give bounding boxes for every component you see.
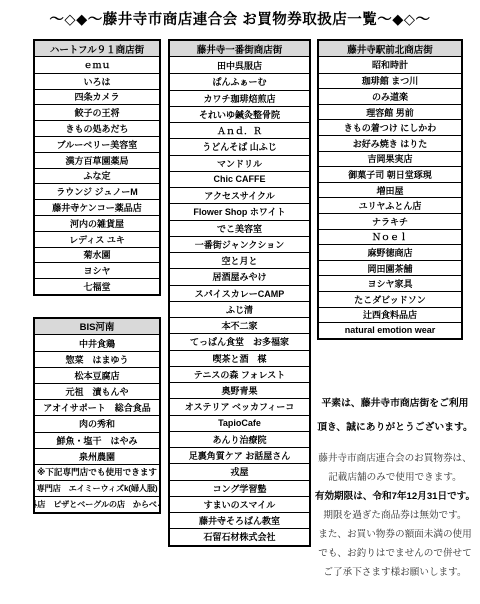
table-row: natural emotion wear: [319, 322, 461, 338]
table-row: お好み焼き はりた: [319, 135, 461, 151]
table-row: きもの着つけ にしかわ: [319, 119, 461, 135]
table-header-ichibangai: 藤井寺一番街商店街: [170, 41, 309, 57]
table-row: すまいのスマイル: [170, 496, 309, 512]
table-row: 餃子の王将: [35, 104, 159, 120]
table-row: いろは: [35, 73, 159, 89]
table-body-ichibangai: 田中呉服店ぱんふぁーむカワチ珈琲焙煎店それいゆ鍼灸整骨院Ａｎｄ．Ｒうどんそば 山…: [170, 57, 309, 545]
table-row: ラウンジ ジュノーM: [35, 183, 159, 199]
notice-text-block: 平素は、藤井寺市商店街をご利用頂き、誠にありがとうございます。 藤井寺市商店連合…: [310, 392, 480, 582]
table-row: あんり治療院: [170, 431, 309, 447]
table-row: 理容館 男前: [319, 104, 461, 120]
table-row: 漢方百草園薬局: [35, 152, 159, 168]
table-row: アクセスサイクル: [170, 187, 309, 203]
table-body-bis-kanan: 中井食鶏惣菜 はまゆう松本豆腐店元祖 漬もんやアオイサポート 総合食品肉の秀和鮮…: [35, 335, 159, 512]
table-row: ふな定: [35, 168, 159, 184]
notice-line: 有効期限は、令和7年12月31日です。: [310, 487, 480, 506]
notice-line: 藤井寺市商店連合会のお買物券は、: [310, 449, 480, 468]
table-row: 肉の秀和: [35, 415, 159, 431]
table-row: 喫茶と酒 楳: [170, 350, 309, 366]
table-row: Flower Shop ホワイト: [170, 203, 309, 219]
table-row: ふじ清: [170, 301, 309, 317]
table-row: 鮮魚・塩干 はやみ: [35, 432, 159, 448]
table-row: 元祖 漬もんや: [35, 383, 159, 399]
table-row: 藤井寺ケンコー薬品店: [35, 199, 159, 215]
table-bis-kanan: BIS河南 中井食鶏惣菜 はまゆう松本豆腐店元祖 漬もんやアオイサポート 総合食…: [33, 317, 161, 514]
table-row: うどんそば 山ふじ: [170, 138, 309, 154]
page-title: ～◇◆～藤井寺市商店連合会 お買物券取扱店一覧～◆◇～: [0, 8, 480, 29]
table-header-heartful91: ハートフル９１商店街: [35, 41, 159, 57]
table-row: ※下記専門店でも使用できます: [35, 464, 159, 480]
table-body-ekimae-kita: 昭和時計珈琲館 まつ川のみ道楽理容館 男前きもの着つけ にしかわお好み焼き はり…: [319, 57, 461, 338]
table-row: TapioCafe: [170, 415, 309, 431]
table-ichibangai: 藤井寺一番街商店街 田中呉服店ぱんふぁーむカワチ珈琲焙煎店それいゆ鍼灸整骨院Ａｎ…: [168, 39, 311, 547]
notice-line: 平素は、藤井寺市商店街をご利用: [310, 392, 480, 416]
table-row: 七福堂: [35, 278, 159, 294]
table-row: 河内の雑貨屋: [35, 215, 159, 231]
table-row: 専門店 エイミーウィズk(婦人服): [35, 480, 159, 496]
table-row: ナラキチ: [319, 213, 461, 229]
table-row: ユリヤふとん店: [319, 197, 461, 213]
table-row: Chic CAFFE: [170, 171, 309, 187]
table-row: コング学習塾: [170, 480, 309, 496]
table-row: それいゆ鍼灸整骨院: [170, 106, 309, 122]
table-row: 足裏角質ケア お話屋さん: [170, 447, 309, 463]
table-row: テニスの森 フォレスト: [170, 366, 309, 382]
table-row: きもの処あだち: [35, 120, 159, 136]
table-row: 藤井寺そろばん教室: [170, 512, 309, 528]
table-row: 御菓子司 朝日堂琢現: [319, 166, 461, 182]
table-row: 珈琲館 まつ川: [319, 73, 461, 89]
table-row: ｅｍｕ: [35, 57, 159, 73]
table-row: 惣菜 はまゆう: [35, 351, 159, 367]
table-header-bis-kanan: BIS河南: [35, 319, 159, 335]
table-row: 松本豆腐店: [35, 367, 159, 383]
table-row: 空と月と: [170, 252, 309, 268]
table-row: レディス ユキ: [35, 231, 159, 247]
notice-line: ご了承下さます様お願いします。: [310, 563, 480, 582]
table-row: スパイスカレーCAMP: [170, 285, 309, 301]
table-row: 菊水園: [35, 247, 159, 263]
table-row: 麻野徳商店: [319, 244, 461, 260]
table-row: 四条カメラ: [35, 89, 159, 105]
table-row: Ａｎｄ．Ｒ: [170, 122, 309, 138]
notice-line: 期限を過ぎた商品券は無効です。: [310, 506, 480, 525]
table-row: 戎屋: [170, 463, 309, 479]
table-row: マンドリル: [170, 155, 309, 171]
table-row: カワチ珈琲焙煎店: [170, 90, 309, 106]
table-row: オステリア ベッカフィーコ: [170, 398, 309, 414]
table-row: のみ道楽: [319, 88, 461, 104]
notice-greeting: 平素は、藤井寺市商店街をご利用頂き、誠にありがとうございます。: [310, 392, 480, 440]
table-row: ぱんふぁーむ: [170, 73, 309, 89]
table-heartful91: ハートフル９１商店街 ｅｍｕいろは四条カメラ餃子の王将きもの処あだちブルーベリー…: [33, 39, 161, 296]
notice-line: でも、お釣りはでませんので併せて: [310, 544, 480, 563]
table-row: 本不二家: [170, 317, 309, 333]
notice-line: また、お買い物券の額面未満の使用: [310, 525, 480, 544]
column-left: ハートフル９１商店街 ｅｍｕいろは四条カメラ餃子の王将きもの処あだちブルーベリー…: [33, 39, 161, 514]
table-ekimae-kita: 藤井寺駅前北商店街 昭和時計珈琲館 まつ川のみ道楽理容館 男前きもの着つけ にし…: [317, 39, 463, 340]
table-row: アオイサポート 総合食品: [35, 399, 159, 415]
notice-line: 頂き、誠にありがとうございます。: [310, 416, 480, 440]
table-row: Ｎｏｅｌ: [319, 229, 461, 245]
table-row: 田中呉服店: [170, 57, 309, 73]
notice-line: 記載店舗のみで使用できます。: [310, 468, 480, 487]
table-row: てっぱん食堂 お多福家: [170, 333, 309, 349]
column-middle: 藤井寺一番街商店街 田中呉服店ぱんふぁーむカワチ珈琲焙煎店それいゆ鍼灸整骨院Ａｎ…: [168, 39, 311, 547]
voucher-store-list-page: ～◇◆～藤井寺市商店連合会 お買物券取扱店一覧～◆◇～ ハートフル９１商店街 ｅ…: [0, 0, 480, 604]
table-row: たこダビッドソン: [319, 291, 461, 307]
table-row: 泉州農園: [35, 448, 159, 464]
table-row: 吉岡果実店: [319, 151, 461, 167]
table-row: 辻西食料品店: [319, 307, 461, 323]
table-header-ekimae-kita: 藤井寺駅前北商店街: [319, 41, 461, 57]
table-row: ヨシヤ家具: [319, 275, 461, 291]
table-row: でこ美容室: [170, 220, 309, 236]
table-row: 石留石材株式会社: [170, 528, 309, 544]
table-row: 昭和時計: [319, 57, 461, 73]
table-row: 一番街ジャンクション: [170, 236, 309, 252]
table-row: ヨシヤ: [35, 262, 159, 278]
notice-terms: 藤井寺市商店連合会のお買物券は、記載店舗のみで使用できます。有効期限は、令和7年…: [310, 449, 480, 582]
table-row: 奥野青果: [170, 382, 309, 398]
table-row: 居酒屋みやけ: [170, 268, 309, 284]
table-row: ブルーベリー美容室: [35, 136, 159, 152]
table-row: 岡田園茶舗: [319, 260, 461, 276]
table-row: 増田屋: [319, 182, 461, 198]
table-row: 外店 ピザとベーグルの店 からべる: [35, 496, 159, 512]
table-row: 中井食鶏: [35, 335, 159, 351]
column-right: 藤井寺駅前北商店街 昭和時計珈琲館 まつ川のみ道楽理容館 男前きもの着つけ にし…: [317, 39, 463, 340]
table-body-heartful91: ｅｍｕいろは四条カメラ餃子の王将きもの処あだちブルーベリー美容室漢方百草園薬局ふ…: [35, 57, 159, 294]
